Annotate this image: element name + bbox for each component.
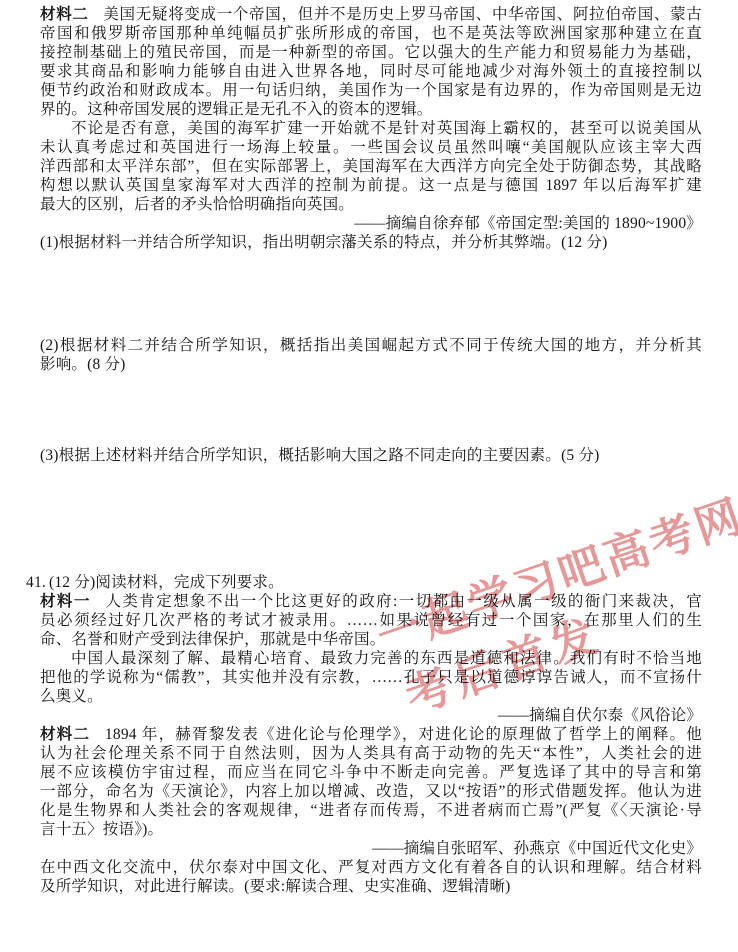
material-2b-line2: 认为社会伦理关系不同于自然法则，因为人类具有高于动物的先天“本性”，人类社会的进 <box>40 744 702 763</box>
material-2b-line3: 展不应该模仿宇宙过程，而应当在同它斗争中不断走向完善。严复选译了其中的导言和第 <box>40 763 702 782</box>
material-2b-line1: 材料二1894 年，赫胥黎发表《进化论与伦理学》，对进化论的原理做了哲学上的阐释… <box>40 725 702 744</box>
question-41-intro: (12 分)阅读材料，完成下列要求。 <box>49 574 284 591</box>
material-1-line1: 材料一人类肯定想象不出一个比这更好的政府:一切都由一级从属一级的衙门来裁决，官 <box>40 592 702 611</box>
source-citation-culture-history: ——摘编自张昭军、孙燕京《中国近代文化史》 <box>40 839 702 858</box>
source-citation-voltaire: ——摘编自伏尔泰《风俗论》 <box>40 706 702 725</box>
material-2-para1-line2: 帝国和俄罗斯帝国那种单纯幅员扩张所形成的帝国，也不是英法等欧洲国家那种建立在直 <box>40 24 702 43</box>
material-1-label: 材料一 <box>40 593 91 610</box>
material-2-para2-line3: 洋西部和太平洋东部”，但在实际部署上，美国海军在大西洋方向完全处于防御态势，其战… <box>40 157 702 176</box>
question-40-2-line2: 影响。(8 分) <box>40 355 702 374</box>
material-1-para2-line2: 把他的学说称为“儒教”，其实他并没有宗教，……孔子只是以道德谆谆告诫人，而不宣扬… <box>40 668 702 687</box>
material-2b-label: 材料二 <box>40 726 90 743</box>
question-40-3: (3)根据上述材料并结合所学知识，概括影响大国之路不同走向的主要因素。(5 分) <box>40 446 702 465</box>
material-2b-line4: 一部分，命名为《天演论》，内容上加以增减、改造，又以“按语”的形式借题发挥。他认… <box>40 782 702 801</box>
material-2-para1-line3: 接控制基础上的殖民帝国，而是一种新型的帝国。它以强大的生产能力和贸易能力为基础， <box>40 43 702 62</box>
question-41-task-line1: 在中西文化交流中，伏尔泰对中国文化、严复对西方文化有着各自的认识和理解。结合材料 <box>40 858 702 877</box>
question-41-number: 41. <box>26 574 46 591</box>
material-2-para1-line4: 要求其商品和影响力能够自由进入世界各地，同时尽可能地减少对海外领土的直接控制以 <box>40 62 702 81</box>
material-2-para1-line6: 界的。这种帝国发展的逻辑正是无孔不入的资本的逻辑。 <box>40 100 702 119</box>
material-1-line2: 员必须经过好几次严格的考试才被录用。……如果说曾经有过一个国家，在那里人们的生 <box>40 611 702 630</box>
source-citation-q40: ——摘编自徐弃郁《帝国定型:美国的 1890~1900》 <box>40 214 702 233</box>
question-41-task-line2: 及所学知识，对此进行解读。(要求:解读合理、史实准确、逻辑清晰) <box>40 877 702 896</box>
material-2-para2-line2: 未认真考虑过和英国进行一场海上较量。一些国会议员虽然叫嚷“美国舰队应该主宰大西 <box>40 138 702 157</box>
material-2-para2-line1: 不论是否有意，美国的海军扩建一开始就不是针对英国海上霸权的，甚至可以说美国从 <box>40 119 702 138</box>
question-40-1: (1)根据材料一并结合所学知识，指出明朝宗藩关系的特点，并分析其弊端。(12 分… <box>40 233 702 252</box>
material-2-para1-line5: 便节约政治和财政成本。用一句话归纳，美国作为一个国家是有边界的，作为帝国则是无边 <box>40 81 702 100</box>
question-41-header: 41.(12 分)阅读材料，完成下列要求。 <box>26 573 702 592</box>
material-1-text1: 人类肯定想象不出一个比这更好的政府:一切都由一级从属一级的衙门来裁决，官 <box>105 593 702 610</box>
material-2b-text1: 1894 年，赫胥黎发表《进化论与伦理学》，对进化论的原理做了哲学上的阐释。他 <box>105 726 702 743</box>
material-2b-line6: 言十五〉按语》)。 <box>40 820 702 839</box>
material-2-label: 材料二 <box>40 6 89 23</box>
material-2-para2-line5: 最大的区别，后者的矛头恰恰明确指向英国。 <box>40 195 702 214</box>
material-2-para1-line1: 材料二美国无疑将变成一个帝国，但并不是历史上罗马帝国、中华帝国、阿拉伯帝国、蒙古 <box>40 5 702 24</box>
material-1-line3: 命、名誉和财产受到法律保护，那就是中华帝国。 <box>40 630 702 649</box>
material-2-para1-text1: 美国无疑将变成一个帝国，但并不是历史上罗马帝国、中华帝国、阿拉伯帝国、蒙古 <box>103 6 702 23</box>
material-2b-line5: 化是生物界和人类社会的客观规律，“进者存而传焉，不进者病而亡焉”(严复《〈天演论… <box>40 801 702 820</box>
page-content: 材料二美国无疑将变成一个帝国，但并不是历史上罗马帝国、中华帝国、阿拉伯帝国、蒙古… <box>40 5 702 896</box>
exam-page: 材料二美国无疑将变成一个帝国，但并不是历史上罗马帝国、中华帝国、阿拉伯帝国、蒙古… <box>0 0 738 952</box>
material-2-para2-line4: 构想以默认英国皇家海军对大西洋的控制为前提。这一点是与德国 1897 年以后海军… <box>40 176 702 195</box>
material-1-para2-line3: 么奥义。 <box>40 687 702 706</box>
question-40-2-line1: (2)根据材料二并结合所学知识，概括指出美国崛起方式不同于传统大国的地方，并分析… <box>40 336 702 355</box>
material-1-para2-line1: 中国人最深刻了解、最精心培育、最致力完善的东西是道德和法律。我们有时不恰当地 <box>40 649 702 668</box>
